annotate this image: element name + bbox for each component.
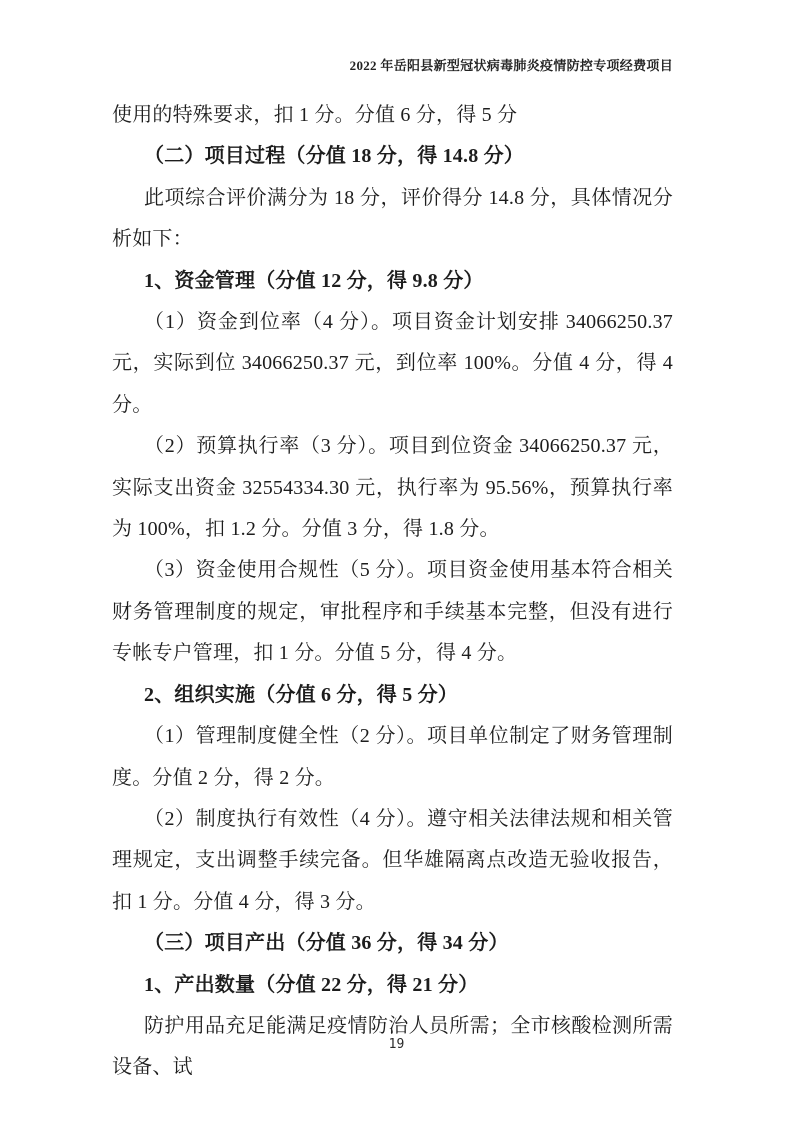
section-heading: 1、资金管理（分值 12 分，得 9.8 分） [112,261,673,302]
paragraph: （1）管理制度健全性（2 分）。项目单位制定了财务管理制度。分值 2 分，得 2… [112,716,673,799]
running-header: 2022 年岳阳县新型冠状病毒肺炎疫情防控专项经费项目 [112,55,673,74]
page-number: 19 [0,1037,793,1052]
paragraph: 使用的特殊要求，扣 1 分。分值 6 分，得 5 分 [112,95,673,136]
document-body: 使用的特殊要求，扣 1 分。分值 6 分，得 5 分 （二）项目过程（分值 18… [112,95,673,1089]
paragraph: （2）制度执行有效性（4 分）。遵守相关法律法规和相关管理规定，支出调整手续完备… [112,799,673,923]
paragraph: （2）预算执行率（3 分）。项目到位资金 34066250.37 元，实际支出资… [112,426,673,550]
paragraph: 此项综合评价满分为 18 分，评价得分 14.8 分，具体情况分析如下： [112,178,673,261]
paragraph: （1）资金到位率（4 分）。项目资金计划安排 34066250.37 元，实际到… [112,302,673,426]
section-heading: （三）项目产出（分值 36 分，得 34 分） [112,923,673,964]
section-heading: （二）项目过程（分值 18 分，得 14.8 分） [112,136,673,177]
section-heading: 1、产出数量（分值 22 分，得 21 分） [112,965,673,1006]
document-page: 2022 年岳阳县新型冠状病毒肺炎疫情防控专项经费项目 使用的特殊要求，扣 1 … [0,0,793,1122]
section-heading: 2、组织实施（分值 6 分，得 5 分） [112,675,673,716]
paragraph: （3）资金使用合规性（5 分）。项目资金使用基本符合相关财务管理制度的规定，审批… [112,550,673,674]
